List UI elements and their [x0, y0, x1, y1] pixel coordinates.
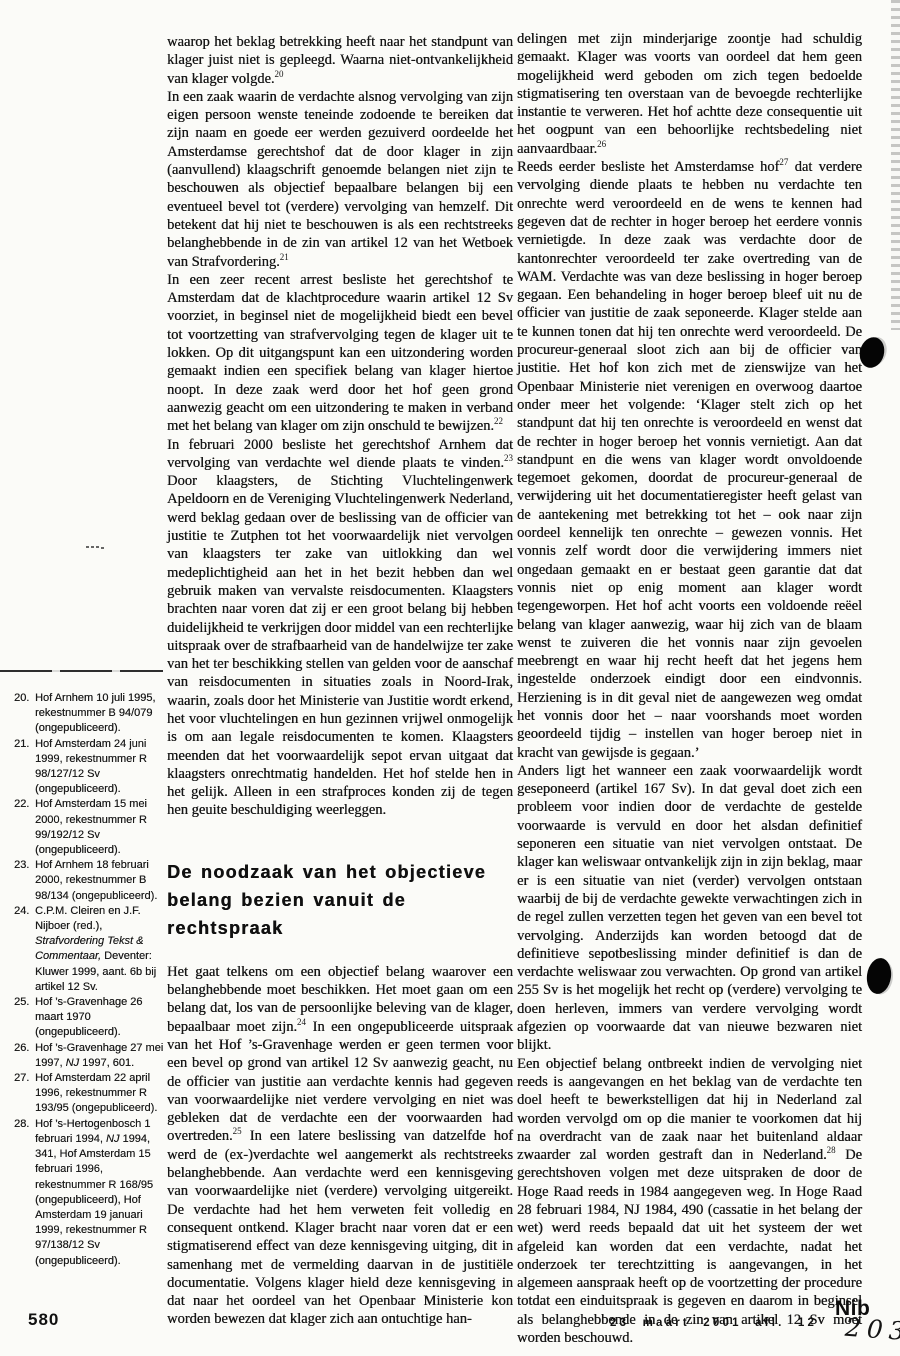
paragraph: Een objectief belang ontbreekt indien de…	[517, 1055, 862, 1348]
footnote-number: 28.	[14, 1117, 35, 1269]
footnote-text: Hof ’s-Gravenhage 26 maart 1970 (ongepub…	[35, 995, 164, 1041]
paragraph: Reeds eerder besliste het Amsterdamse ho…	[517, 158, 862, 762]
footnote-item: 26.Hof ’s-Gravenhage 27 mei 1997, NJ 199…	[14, 1041, 164, 1071]
paragraph: Het gaat telkens om een objectief belang…	[167, 963, 513, 1329]
heading-line: belang bezien vanuit de	[167, 886, 513, 914]
footnote-text: Hof Amsterdam 15 mei 2000, rekestnummer …	[35, 797, 164, 858]
column-left: waarop het beklag betrekking heeft naar …	[167, 33, 513, 1329]
footnote-number: 24.	[14, 904, 35, 995]
footnote-number: 27.	[14, 1071, 35, 1117]
paragraph: In februari 2000 besliste het gerechtsho…	[167, 436, 513, 820]
column-left-paragraphs: waarop het beklag betrekking heeft naar …	[167, 33, 513, 820]
binder-hole-mark	[865, 957, 894, 996]
scan-smudge	[86, 546, 89, 548]
footnote-item: 20.Hof Arnhem 10 juli 1995, rekestnummer…	[14, 691, 164, 737]
paragraph: waarop het beklag betrekking heeft naar …	[167, 33, 513, 88]
footnote-number: 21.	[14, 737, 35, 798]
margin-rule	[0, 670, 163, 672]
handwritten-page-number: 203	[844, 1313, 900, 1347]
paragraph: In een zaak waarin de verdachte alsnog v…	[167, 88, 513, 271]
paragraph: Anders ligt het wanneer een zaak voorwaa…	[517, 762, 862, 1055]
footnote-text: Hof Arnhem 18 februari 2000, rekestnumme…	[35, 858, 164, 904]
heading-line: De noodzaak van het objectieve	[167, 858, 513, 886]
footnote-text: Hof Arnhem 10 juli 1995, rekestnummer B …	[35, 691, 164, 737]
heading-line: rechtspraak	[167, 914, 513, 942]
footnote-item: 24.C.P.M. Cleiren en J.F. Nijboer (red.)…	[14, 904, 164, 995]
footnote-number: 20.	[14, 691, 35, 737]
footnote-item: 27.Hof Amsterdam 22 april 1996, rekestnu…	[14, 1071, 164, 1117]
footnote-item: 25.Hof ’s-Gravenhage 26 maart 1970 (onge…	[14, 995, 164, 1041]
footer-issue-line: 23 maart 2001 afl. 12	[610, 1317, 817, 1329]
footnote-item: 21.Hof Amsterdam 24 juni 1999, rekestnum…	[14, 737, 164, 798]
footnote-column: 20.Hof Arnhem 10 juli 1995, rekestnummer…	[14, 691, 164, 1269]
footnote-item: 28.Hof ’s-Hertogenbosch 1 februari 1994,…	[14, 1117, 164, 1269]
footnote-number: 25.	[14, 995, 35, 1041]
footnote-text: Hof Amsterdam 22 april 1996, rekestnumme…	[35, 1071, 164, 1117]
column-right: delingen met zijn minderjarige zoontje h…	[517, 30, 862, 1347]
footnote-text: Hof ’s-Gravenhage 27 mei 1997, NJ 1997, …	[35, 1041, 164, 1071]
footnote-number: 26.	[14, 1041, 35, 1071]
footnote-item: 23.Hof Arnhem 18 februari 2000, rekestnu…	[14, 858, 164, 904]
footnote-text: Hof ’s-Hertogenbosch 1 februari 1994, NJ…	[35, 1117, 164, 1269]
scan-edge-artifact	[891, 0, 900, 330]
paragraph: In een zeer recent arrest besliste het g…	[167, 271, 513, 436]
page-number: 580	[28, 1310, 59, 1330]
footnote-number: 22.	[14, 797, 35, 858]
column-left-paragraphs-after-heading: Het gaat telkens om een objectief belang…	[167, 963, 513, 1329]
scanned-page: 20.Hof Arnhem 10 juli 1995, rekestnummer…	[0, 0, 900, 1356]
paragraph: delingen met zijn minderjarige zoontje h…	[517, 30, 862, 158]
footnote-text: Hof Amsterdam 24 juni 1999, rekestnummer…	[35, 737, 164, 798]
section-heading: De noodzaak van het objectievebelang bez…	[167, 858, 513, 942]
footnote-number: 23.	[14, 858, 35, 904]
footnote-item: 22.Hof Amsterdam 15 mei 2000, rekestnumm…	[14, 797, 164, 858]
footnote-text: C.P.M. Cleiren en J.F. Nijboer (red.), S…	[35, 904, 164, 995]
